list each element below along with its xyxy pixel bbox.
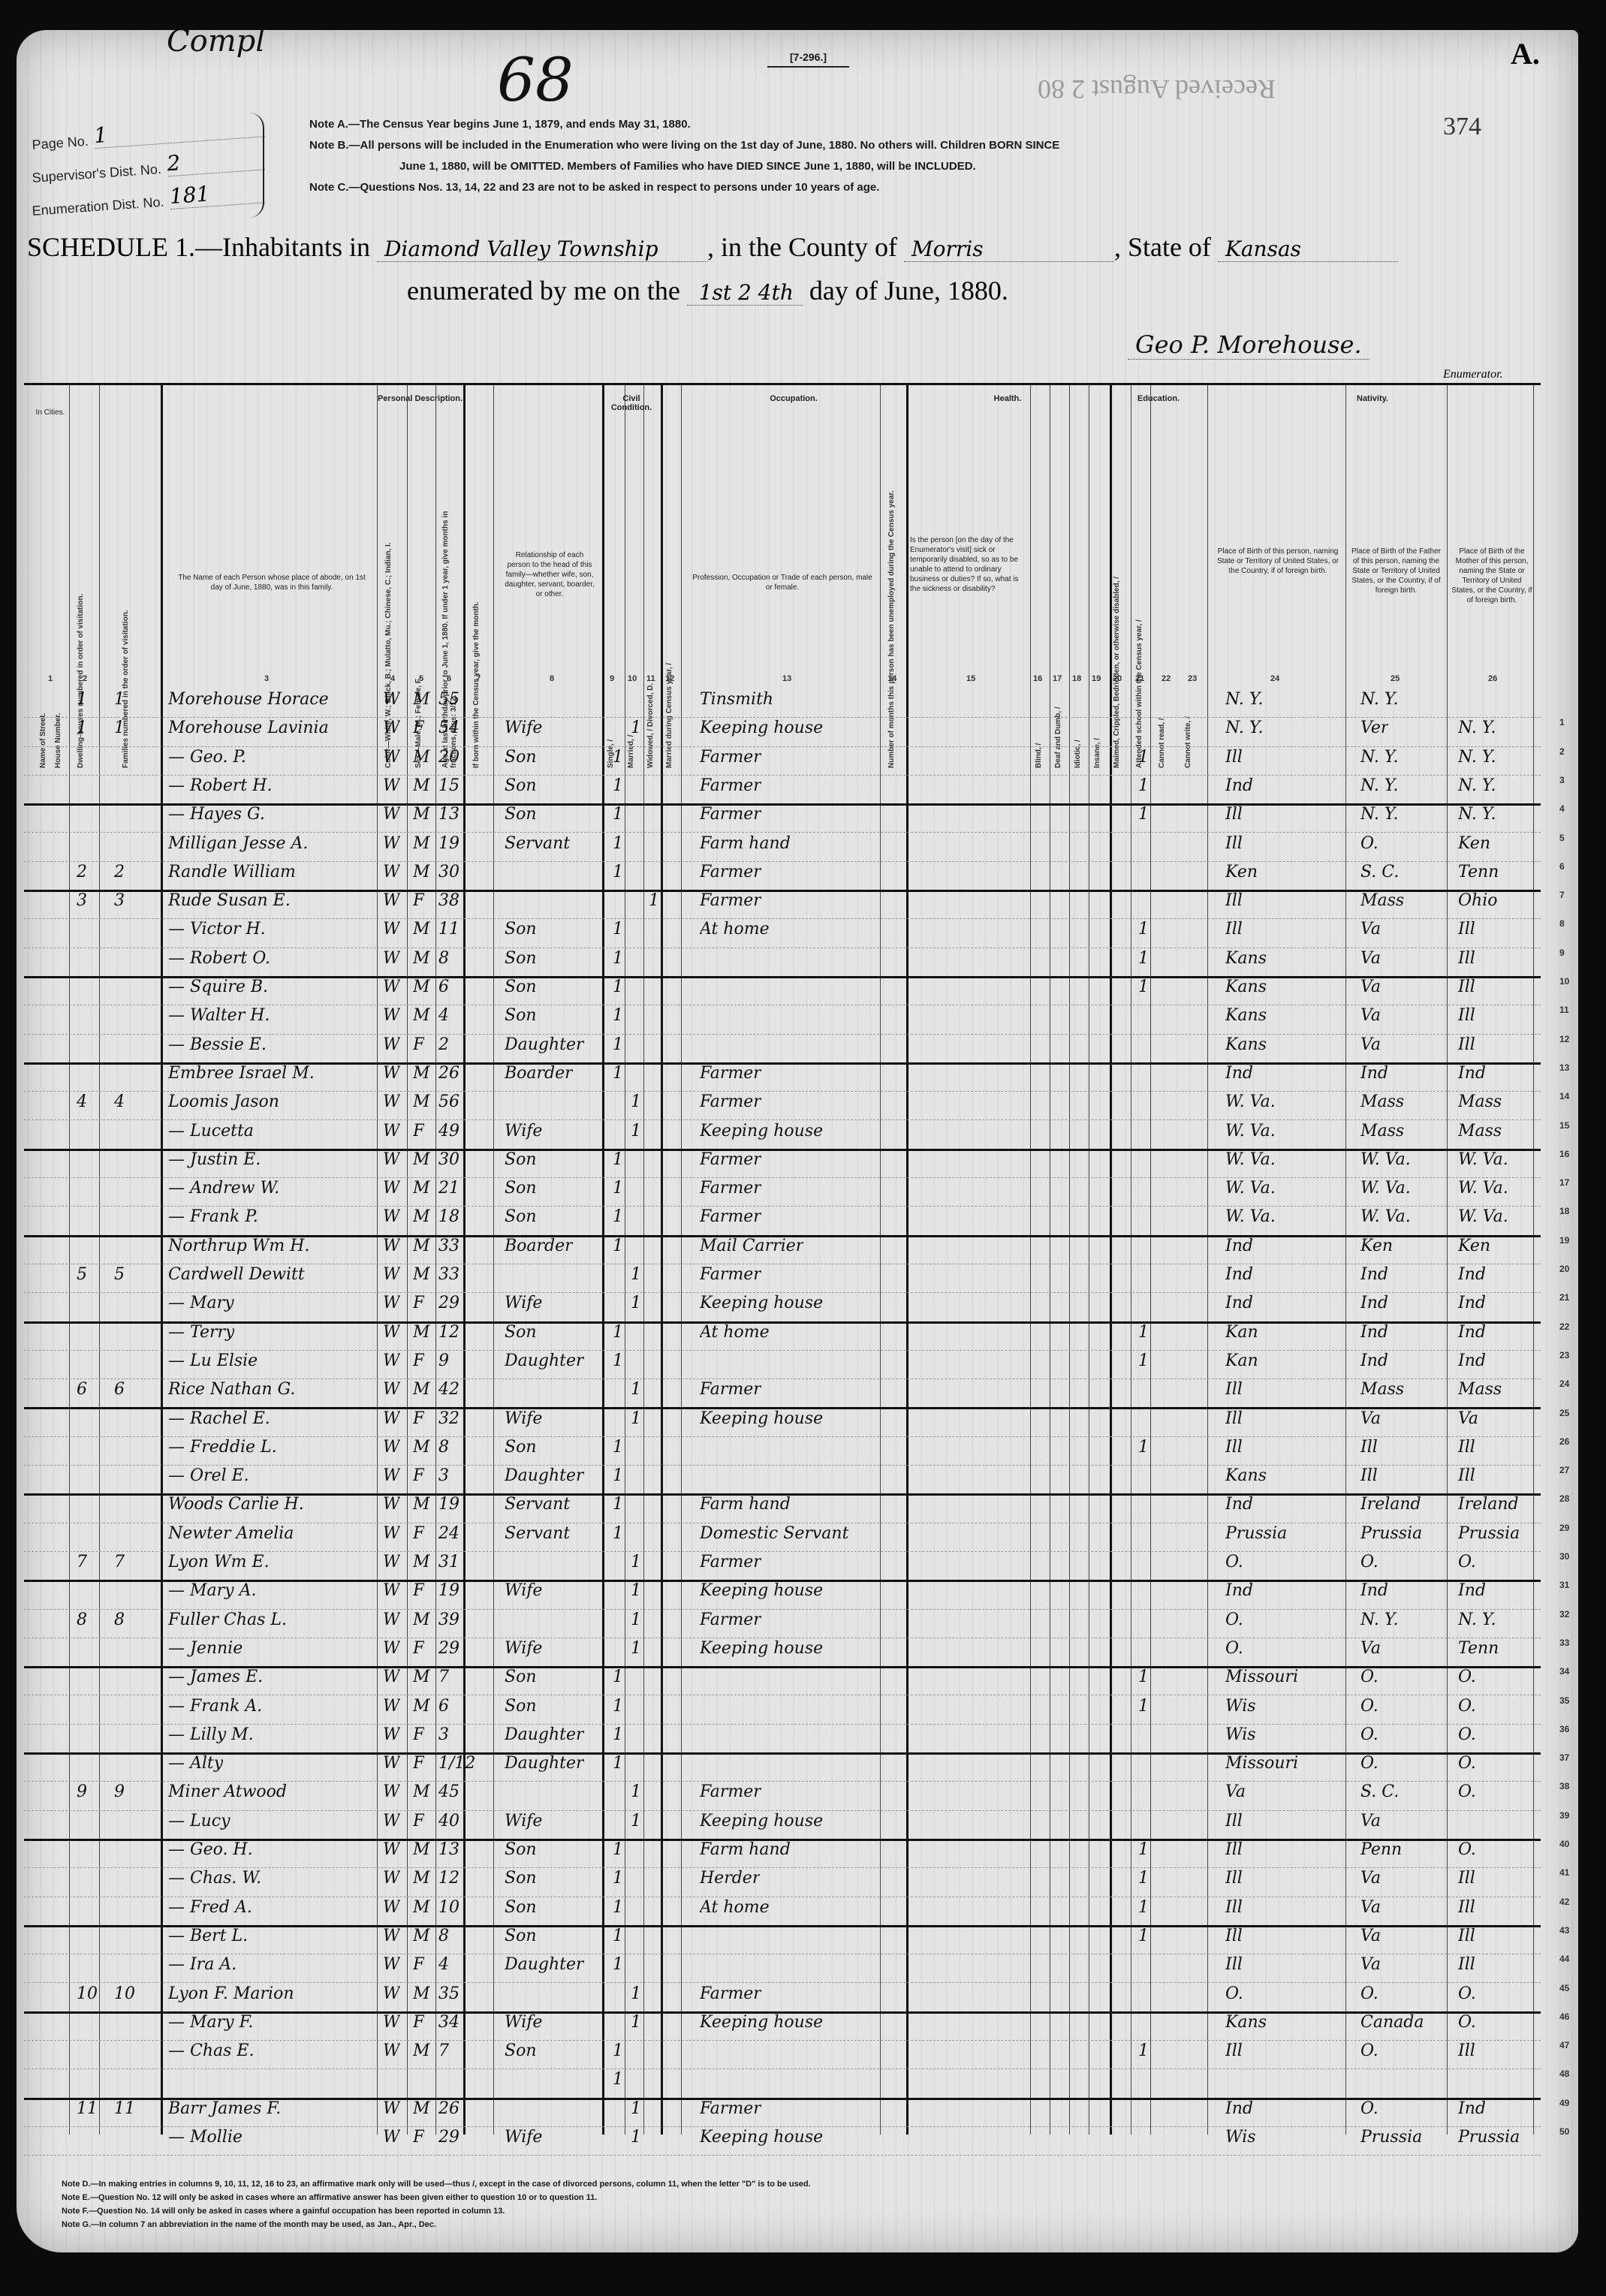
instruction-notes: Note A.—The Census Year begins June 1, 1…	[309, 114, 1059, 198]
married-mark: 1	[631, 1294, 641, 1312]
age-value: 42	[438, 1380, 460, 1399]
line-number: 12	[1559, 1034, 1569, 1044]
line-number: 14	[1559, 1091, 1569, 1101]
color-value: W	[383, 1466, 400, 1485]
father-birthplace-value: Ind	[1360, 1351, 1388, 1370]
birthplace-value: W. Va.	[1225, 1150, 1276, 1169]
father-birthplace-value: Va	[1360, 1812, 1381, 1830]
mother-birthplace-value: O.	[1458, 1782, 1476, 1801]
line-number: 41	[1559, 1867, 1569, 1878]
sex-value: M	[413, 1237, 430, 1255]
birthplace-value: Kans	[1225, 978, 1267, 996]
sex-value: M	[413, 805, 430, 824]
father-birthplace-value: N. Y.	[1360, 1611, 1399, 1629]
age-value: 6	[438, 1697, 449, 1716]
married-mark: 1	[631, 1639, 641, 1658]
color-value: W	[383, 1035, 400, 1054]
occupation-value: Farmer	[700, 805, 761, 824]
line-number: 34	[1559, 1666, 1569, 1677]
father-birthplace-value: O.	[1360, 2041, 1379, 2060]
age-value: 15	[438, 776, 460, 795]
mother-birthplace-value: Mass	[1458, 1380, 1502, 1399]
person-name: Lyon Wm E.	[168, 1553, 270, 1571]
sex-value: M	[413, 1984, 430, 2003]
father-birthplace-value: Va	[1360, 1955, 1381, 1974]
line-number: 26	[1559, 1436, 1569, 1447]
person-name: — Justin E.	[168, 1150, 261, 1169]
father-birthplace-value: Va	[1360, 1006, 1381, 1025]
form-code: [7-296.]	[767, 51, 849, 68]
table-row: 77Lyon Wm E.WM311FarmerO.O.O.30	[24, 1551, 1541, 1582]
married-mark: 1	[631, 1611, 641, 1629]
color-value: W	[383, 805, 400, 824]
table-row: — Frank A.WM6Son11WisO.O.35	[24, 1695, 1541, 1725]
line-number: 27	[1559, 1465, 1569, 1475]
age-value: 29	[438, 2128, 460, 2147]
color-value: W	[383, 1294, 400, 1312]
father-birthplace-value: Va	[1360, 1869, 1381, 1888]
father-birthplace-value: Va	[1360, 1035, 1381, 1054]
birthplace-value: Kans	[1225, 1466, 1267, 1485]
relationship-value: Wife	[505, 1409, 542, 1428]
table-row: 33Rude Susan E.WF381FarmerIllMassOhio7	[24, 890, 1541, 919]
relationship-value: Son	[505, 1869, 537, 1888]
single-mark: 1	[613, 1840, 623, 1859]
occupation-value: Keeping house	[700, 1639, 823, 1658]
mother-birthplace-value: Tenn	[1458, 1639, 1499, 1658]
school-mark: 1	[1138, 1668, 1149, 1686]
mother-birthplace-value: O.	[1458, 1668, 1476, 1686]
header-birth-self: Place of Birth of this person, naming St…	[1214, 547, 1342, 576]
person-name: Loomis Jason	[168, 1092, 279, 1111]
mother-birthplace-value: Ind	[1458, 1581, 1486, 1600]
line-number: 3	[1559, 775, 1565, 785]
father-birthplace-value: Ind	[1360, 1323, 1388, 1342]
occupation-value: At home	[700, 1323, 770, 1342]
birthplace-value: N. Y.	[1225, 690, 1264, 709]
school-mark: 1	[1138, 1869, 1149, 1888]
birthplace-value: W. Va.	[1225, 1092, 1276, 1111]
age-value: 45	[438, 1782, 460, 1801]
header-profession: Profession, Occupation or Trade of each …	[692, 573, 872, 592]
mother-birthplace-value: Ind	[1458, 1294, 1486, 1312]
father-birthplace-value: O.	[1360, 834, 1379, 853]
table-row: — JennieWF29Wife1Keeping houseO.VaTenn33	[24, 1638, 1541, 1668]
father-birthplace-value: W. Va.	[1360, 1150, 1411, 1169]
table-row: — Andrew W.WM21Son1FarmerW. Va.W. Va.W. …	[24, 1177, 1541, 1207]
sex-value: F	[413, 1725, 424, 1744]
married-mark: 1	[631, 1122, 641, 1140]
mother-birthplace-value: Prussia	[1458, 2128, 1520, 2147]
sex-value: M	[413, 1668, 430, 1686]
relationship-value: Daughter	[505, 1955, 584, 1974]
mother-birthplace-value: Ill	[1458, 920, 1475, 939]
occupation-value: Farmer	[700, 1207, 761, 1226]
dwelling-number: 4	[77, 1092, 87, 1111]
birthplace-value: Ill	[1225, 834, 1243, 853]
mother-birthplace-value: Ill	[1458, 1006, 1475, 1025]
school-mark: 1	[1138, 1840, 1149, 1859]
note-f: Note F.—Question No. 14 will only be ask…	[62, 2204, 811, 2218]
age-value: 19	[438, 834, 460, 853]
mother-birthplace-value: Ill	[1458, 1035, 1475, 1054]
occupation-value: Keeping house	[700, 1581, 823, 1600]
family-number: 5	[114, 1265, 125, 1284]
person-name: Northrup Wm H.	[168, 1237, 309, 1255]
father-birthplace-value: S. C.	[1360, 863, 1399, 881]
person-name: Morehouse Lavinia	[168, 719, 329, 737]
sex-value: M	[413, 949, 430, 968]
school-mark: 1	[1138, 1351, 1149, 1370]
table-row: — Walter H.WM4Son1KansVaIll11	[24, 1005, 1541, 1034]
married-mark: 1	[631, 1984, 641, 2003]
township-value: Diamond Valley Township	[377, 237, 707, 262]
single-mark: 1	[613, 2070, 623, 2089]
color-value: W	[383, 1754, 400, 1773]
father-birthplace-value: W. Va.	[1360, 1179, 1411, 1198]
birthplace-value: Ind	[1225, 1237, 1253, 1255]
table-row: — Mary A.WF19Wife1Keeping houseIndIndInd…	[24, 1580, 1541, 1609]
dwelling-number: 6	[77, 1380, 87, 1399]
stamp-number: 68	[497, 45, 574, 115]
father-birthplace-value: Va	[1360, 949, 1381, 968]
married-mark: 1	[631, 2128, 641, 2147]
mother-birthplace-value: Ill	[1458, 1869, 1475, 1888]
single-mark: 1	[613, 1323, 623, 1342]
state-value: Kansas	[1218, 237, 1398, 262]
single-mark: 1	[613, 1495, 623, 1514]
stamped-page-number: 374	[1443, 113, 1481, 141]
occupation-value: Farmer	[700, 1064, 761, 1083]
age-value: 11	[438, 920, 460, 939]
table-row: 88Fuller Chas L.WM391FarmerO.N. Y.N. Y.3…	[24, 1609, 1541, 1638]
sex-value: M	[413, 2099, 430, 2118]
color-value: W	[383, 1840, 400, 1859]
person-name: Fuller Chas L.	[168, 1611, 287, 1629]
mother-birthplace-value: Ill	[1458, 1898, 1475, 1917]
occupation-value: Farm hand	[700, 1840, 791, 1859]
father-birthplace-value: Va	[1360, 920, 1381, 939]
relationship-value: Son	[505, 1150, 537, 1169]
occupation-value: Farm hand	[700, 834, 791, 853]
line-number: 32	[1559, 1609, 1569, 1620]
school-mark: 1	[1138, 776, 1149, 795]
mother-birthplace-value: Ken	[1458, 834, 1490, 853]
age-value: 13	[438, 805, 460, 824]
birthplace-value: O.	[1225, 1553, 1243, 1571]
father-birthplace-value: Ill	[1360, 1466, 1378, 1485]
single-mark: 1	[613, 1754, 623, 1773]
birthplace-value: N. Y.	[1225, 719, 1264, 737]
color-value: W	[383, 1697, 400, 1716]
note-d: Note D.—In making entries in columns 9, …	[62, 2177, 811, 2191]
age-value: 56	[438, 1092, 460, 1111]
county-label: , in the County of	[707, 232, 897, 262]
mother-birthplace-value: O.	[1458, 1840, 1476, 1859]
sex-value: M	[413, 1495, 430, 1514]
table-row: — Mary F.WF34Wife1Keeping houseKansCanad…	[24, 2011, 1541, 2041]
occupation-value: Herder	[700, 1869, 760, 1888]
age-value: 3	[438, 1466, 449, 1485]
line-number: 40	[1559, 1839, 1569, 1849]
birthplace-value: Ind	[1225, 776, 1253, 795]
school-mark: 1	[1138, 1898, 1149, 1917]
birthplace-value: Ill	[1225, 1812, 1243, 1830]
birthplace-value: Missouri	[1225, 1668, 1298, 1686]
color-value: W	[383, 1668, 400, 1686]
relationship-value: Son	[505, 805, 537, 824]
table-row: Woods Carlie H.WM19Servant1Farm handIndI…	[24, 1493, 1541, 1523]
sex-value: M	[413, 748, 430, 767]
table-row: — Freddie L.WM8Son11IllIllIll26	[24, 1436, 1541, 1466]
person-name: Rice Nathan G.	[168, 1380, 295, 1399]
sex-value: M	[413, 1179, 430, 1198]
header-birth-father: Place of Birth of the Father of this per…	[1349, 547, 1443, 595]
single-mark: 1	[613, 1035, 623, 1054]
note-g: Note G.—In column 7 an abbreviation in t…	[62, 2218, 811, 2231]
relationship-value: Wife	[505, 1122, 542, 1140]
line-number: 42	[1559, 1897, 1569, 1907]
table-row: Newter AmeliaWF24Servant1Domestic Servan…	[24, 1523, 1541, 1552]
sex-value: F	[413, 1035, 424, 1054]
line-number: 11	[1559, 1005, 1569, 1015]
table-row: — MollieWF29Wife1Keeping houseWisPrussia…	[24, 2126, 1541, 2156]
school-mark: 1	[1138, 2041, 1149, 2060]
dwelling-number: 7	[77, 1553, 87, 1571]
line-number: 49	[1559, 2098, 1569, 2108]
mother-birthplace-value: Prussia	[1458, 1524, 1520, 1543]
mother-birthplace-value: Ind	[1458, 1323, 1486, 1342]
mother-birthplace-value: W. Va.	[1458, 1207, 1508, 1226]
table-row: — Bessie E.WF2Daughter1KansVaIll12	[24, 1034, 1541, 1065]
header-name: The Name of each Person whose place of a…	[174, 573, 369, 592]
table-row: Embree Israel M.WM26Boarder1FarmerIndInd…	[24, 1062, 1541, 1092]
father-birthplace-value: Ver	[1360, 719, 1388, 737]
color-value: W	[383, 1323, 400, 1342]
enumerated-days: 1st 2 4th	[687, 280, 803, 306]
married-mark: 1	[631, 1409, 641, 1428]
person-name: — Robert H.	[168, 776, 272, 795]
person-name: Rude Susan E.	[168, 891, 291, 910]
father-birthplace-value: S. C.	[1360, 1782, 1399, 1801]
sex-value: M	[413, 1898, 430, 1917]
birthplace-value: Ill	[1225, 1409, 1243, 1428]
relationship-value: Wife	[505, 719, 542, 737]
single-mark: 1	[613, 1898, 623, 1917]
birthplace-value: Ill	[1225, 891, 1243, 910]
relationship-value: Son	[505, 776, 537, 795]
table-row: — Ira A.WF4Daughter1IllVaIll44	[24, 1954, 1541, 1983]
father-birthplace-value: Va	[1360, 1639, 1381, 1658]
line-number: 22	[1559, 1321, 1569, 1332]
father-birthplace-value: N. Y.	[1360, 776, 1399, 795]
family-number: 11	[114, 2099, 135, 2118]
person-name: — Mollie	[168, 2128, 243, 2147]
married-mark: 1	[631, 1380, 641, 1399]
person-name: Randle William	[168, 863, 296, 881]
person-name: Lyon F. Marion	[168, 1984, 294, 2003]
single-mark: 1	[613, 1524, 623, 1543]
sex-value: F	[413, 1639, 424, 1658]
age-value: 33	[438, 1237, 460, 1255]
header-relationship: Relationship of each person to the head …	[505, 550, 595, 599]
birthplace-value: Ind	[1225, 1265, 1253, 1284]
father-birthplace-value: N. Y.	[1360, 805, 1399, 824]
color-value: W	[383, 2041, 400, 2060]
table-row: — Robert O.WM8Son11KansVaIll9	[24, 948, 1541, 978]
person-name: — Terry	[168, 1323, 234, 1342]
line-number: 35	[1559, 1695, 1569, 1706]
table-row: — Lilly M.WF3Daughter1WisO.O.36	[24, 1724, 1541, 1755]
occupation-value: At home	[700, 920, 770, 939]
age-value: 8	[438, 1438, 449, 1457]
line-number: 47	[1559, 2040, 1569, 2050]
person-name: — Robert O.	[168, 949, 270, 968]
person-name: — Frank A.	[168, 1697, 262, 1716]
mother-birthplace-value: O.	[1458, 1697, 1476, 1716]
color-value: W	[383, 1898, 400, 1917]
schedule-title: SCHEDULE 1.—Inhabitants in Diamond Valle…	[27, 231, 1398, 263]
age-value: 12	[438, 1323, 460, 1342]
table-row: 66Rice Nathan G.WM421FarmerIllMassMass24	[24, 1379, 1541, 1409]
occupation-value: Domestic Servant	[700, 1524, 848, 1543]
occupation-value: Keeping house	[700, 1812, 823, 1830]
dwelling-number: 11	[77, 2099, 98, 2118]
relationship-value: Daughter	[505, 1725, 584, 1744]
occupation-value: Farmer	[700, 748, 761, 767]
header-sick: Is the person [on the day of the Enumera…	[910, 535, 1023, 594]
relationship-value: Son	[505, 1006, 537, 1025]
line-number: 23	[1559, 1350, 1569, 1360]
person-name: — Andrew W.	[168, 1179, 279, 1198]
line-number: 50	[1559, 2126, 1569, 2137]
table-row: 55Cardwell DewittWM331FarmerIndIndInd20	[24, 1264, 1541, 1293]
mother-birthplace-value: N. Y.	[1458, 776, 1496, 795]
single-mark: 1	[613, 776, 623, 795]
single-mark: 1	[613, 1668, 623, 1686]
age-value: 13	[438, 1840, 460, 1859]
color-value: W	[383, 949, 400, 968]
dwelling-number: 9	[77, 1782, 87, 1801]
birthplace-value: Ill	[1225, 805, 1243, 824]
birthplace-value: Ill	[1225, 2041, 1243, 2060]
age-value: 20	[438, 748, 460, 767]
line-number: 15	[1559, 1120, 1569, 1131]
relationship-value: Son	[505, 1898, 537, 1917]
sex-value: F	[413, 1581, 424, 1600]
single-mark: 1	[613, 1927, 623, 1945]
sex-value: M	[413, 1006, 430, 1025]
school-mark: 1	[1138, 748, 1149, 767]
county-value: Morris	[904, 237, 1114, 262]
occupation-value: Keeping house	[700, 1409, 823, 1428]
census-sheet: Compl 68 [7-296.] A. 374 Received August…	[17, 30, 1578, 2252]
mother-birthplace-value: Ind	[1458, 2099, 1486, 2118]
color-value: W	[383, 1006, 400, 1025]
sex-value: M	[413, 1697, 430, 1716]
table-row: — MaryWF29Wife1Keeping houseIndIndInd21	[24, 1292, 1541, 1323]
sex-value: M	[413, 863, 430, 881]
occupation-value: Farm hand	[700, 1495, 791, 1514]
sex-value: M	[413, 1553, 430, 1571]
occupation-value: Keeping house	[700, 2013, 823, 2032]
color-value: W	[383, 1927, 400, 1945]
corner-annotation: Compl	[167, 24, 265, 59]
birthplace-value: Missouri	[1225, 1754, 1298, 1773]
color-value: W	[383, 1725, 400, 1744]
single-mark: 1	[613, 805, 623, 824]
color-value: W	[383, 863, 400, 881]
enumerated-prefix: enumerated by me on the	[407, 276, 680, 306]
birthplace-value: Va	[1225, 1782, 1246, 1801]
line-number: 18	[1559, 1206, 1569, 1216]
line-number: 25	[1559, 1408, 1569, 1418]
single-mark: 1	[613, 1955, 623, 1974]
single-mark: 1	[613, 1466, 623, 1485]
father-birthplace-value: O.	[1360, 1668, 1379, 1686]
birthplace-value: Wis	[1225, 1697, 1256, 1716]
married-mark: 1	[631, 1581, 641, 1600]
table-row: — Geo. P.WM20Son1Farmer1IllN. Y.N. Y.2	[24, 746, 1541, 776]
relationship-value: Son	[505, 2041, 537, 2060]
line-number: 46	[1559, 2011, 1569, 2022]
person-name: Embree Israel M.	[168, 1064, 315, 1083]
table-row: 1010Lyon F. MarionWM351FarmerO.O.O.45	[24, 1983, 1541, 2014]
line-number: 48	[1559, 2069, 1569, 2079]
sex-value: F	[413, 1754, 424, 1773]
relationship-value: Daughter	[505, 1754, 584, 1773]
father-birthplace-value: N. Y.	[1360, 748, 1399, 767]
line-number: 1	[1559, 717, 1565, 728]
relationship-value: Servant	[505, 1495, 570, 1514]
header-birth-mother: Place of Birth of the Mother of this per…	[1451, 547, 1533, 605]
relationship-value: Servant	[505, 1524, 570, 1543]
table-row: — Fred A.WM10Son1At home1IllVaIll42	[24, 1897, 1541, 1927]
single-mark: 1	[613, 1150, 623, 1169]
color-value: W	[383, 834, 400, 853]
married-mark: 1	[631, 719, 641, 737]
birthplace-value: Kans	[1225, 949, 1267, 968]
father-birthplace-value: O.	[1360, 1553, 1379, 1571]
mother-birthplace-value: O.	[1458, 1984, 1476, 2003]
relationship-value: Son	[505, 949, 537, 968]
father-birthplace-value: Mass	[1360, 1122, 1404, 1140]
sex-value: M	[413, 1869, 430, 1888]
widowed-mark: 1	[649, 891, 659, 910]
father-birthplace-value: Mass	[1360, 1380, 1404, 1399]
sex-value: M	[413, 776, 430, 795]
person-name: — James E.	[168, 1668, 263, 1686]
birthplace-value: Wis	[1225, 2128, 1256, 2147]
sex-value: M	[413, 1380, 430, 1399]
table-row: 148	[24, 2069, 1541, 2099]
married-mark: 1	[631, 1092, 641, 1111]
brace-divider	[249, 113, 264, 218]
sex-value: M	[413, 834, 430, 853]
birthplace-value: O.	[1225, 1611, 1243, 1629]
single-mark: 1	[613, 1351, 623, 1370]
birthplace-value: Kan	[1225, 1323, 1258, 1342]
header-health: Health.	[906, 394, 1109, 403]
occupation-value: Farmer	[700, 1553, 761, 1571]
enumerator-label: Enumerator.	[1443, 368, 1503, 381]
line-number: 29	[1559, 1523, 1569, 1533]
line-number: 24	[1559, 1379, 1569, 1389]
line-number: 20	[1559, 1264, 1569, 1274]
family-number: 3	[114, 891, 125, 910]
line-number: 10	[1559, 976, 1569, 987]
father-birthplace-value: Ind	[1360, 1294, 1388, 1312]
